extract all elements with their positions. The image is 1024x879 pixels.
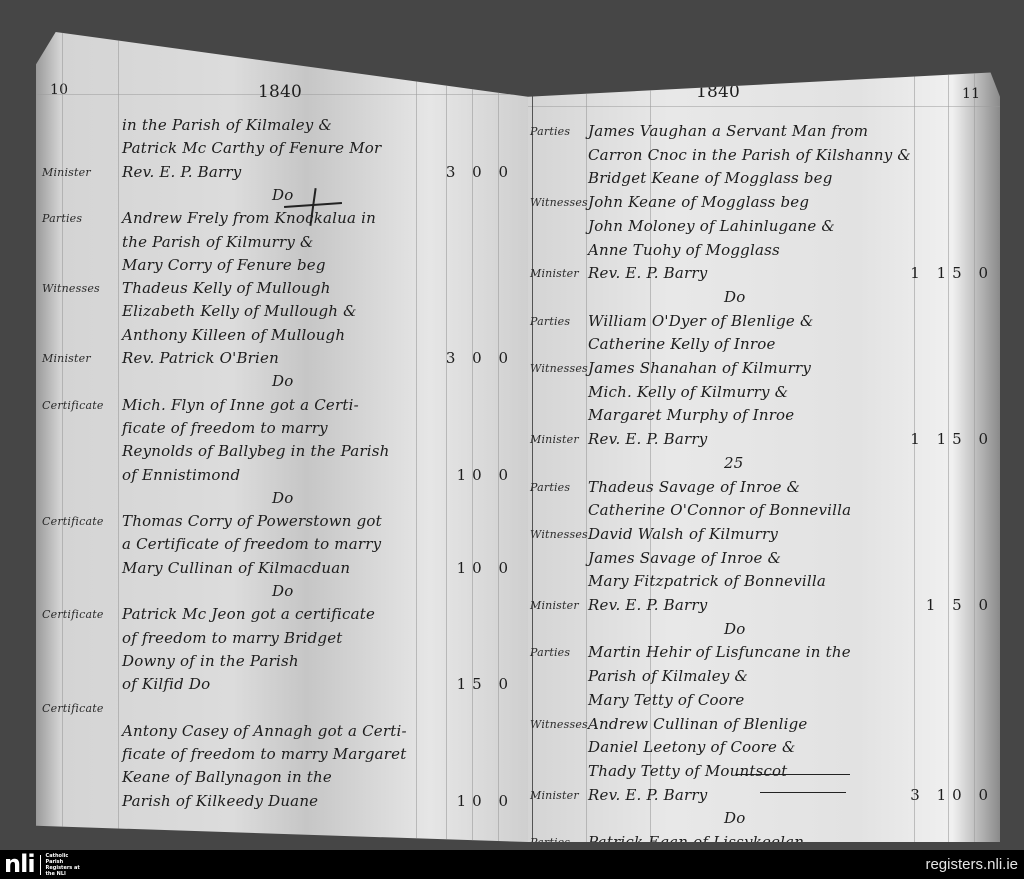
entry-text: Rev. Patrick O'Brien [122, 349, 279, 367]
page-year: 1840 [258, 82, 302, 102]
entry-label: Certificate [42, 608, 104, 621]
entry-label: Parties [530, 836, 570, 842]
date-ditto: Do [272, 372, 293, 390]
fee-amount: 15 0 [457, 675, 514, 693]
fee-amount: 10 0 [457, 559, 514, 577]
entry-text: Anne Tuohy of Mogglass [588, 241, 780, 259]
page-year: 1840 [696, 82, 740, 102]
fee-amount: 1 15 0 [910, 430, 994, 448]
entry-text: ficate of freedom to marry Margaret [122, 745, 407, 763]
entry-text: Rev. E. P. Barry [588, 264, 707, 282]
nli-logo[interactable]: nli Catholic Parish Registers at the NLI [4, 853, 86, 876]
entry-label: Certificate [42, 515, 104, 528]
entry-text: of Ennistimond [122, 466, 240, 484]
entry-text: William O'Dyer of Blenlige & [588, 312, 814, 330]
entry-text: Rev. E. P. Barry [588, 786, 707, 804]
entry-label: Witnesses [530, 362, 588, 375]
entry-label: Certificate [42, 399, 104, 412]
entry-label: Minister [42, 352, 91, 365]
entry-text: Antony Casey of Annagh got a Certi- [122, 722, 407, 740]
folio-number: 11 [962, 86, 980, 102]
entry-text: Mary Tetty of Coore [588, 691, 744, 709]
entry-text: Elizabeth Kelly of Mullough & [122, 302, 357, 320]
entry-text: Daniel Leetony of Coore & [588, 738, 796, 756]
entry-label: Witnesses [530, 528, 588, 541]
entry-text: in the Parish of Kilmaley & [122, 116, 332, 134]
entry-text: Rev. E. P. Barry [588, 596, 707, 614]
footer-bar: nli Catholic Parish Registers at the NLI… [0, 850, 1024, 879]
entry-text: a Certificate of freedom to marry [122, 535, 381, 553]
folio-number: 10 [50, 82, 68, 98]
fee-amount: 10 0 [457, 466, 514, 484]
entry-text: Rev. E. P. Barry [122, 163, 241, 181]
entry-label: Certificate [42, 702, 104, 715]
entry-label: Witnesses [530, 718, 588, 731]
entry-text: John Moloney of Lahinlugane & [588, 217, 835, 235]
entry-text: John Keane of Mogglass beg [588, 193, 809, 211]
site-link[interactable]: registers.nli.ie [925, 856, 1018, 873]
fee-amount: 1 5 0 [926, 596, 994, 614]
entry-text: Rev. E. P. Barry [588, 430, 707, 448]
entry-text: Anthony Killeen of Mullough [122, 326, 345, 344]
date-ditto: Do [272, 582, 293, 600]
entry-text: ficate of freedom to marry [122, 419, 328, 437]
right-page: 1840 11 PartiesJames Vaughan a Servant M… [528, 32, 1000, 842]
fee-amount: 10 0 [457, 792, 514, 810]
entry-text: Patrick Mc Carthy of Fenure Mor [122, 139, 381, 157]
entry-label: Minister [530, 433, 579, 446]
register-book: 10 1840 in the Parish of Kilmaley &Patri… [36, 32, 1000, 842]
entry-text: James Savage of Inroe & [588, 549, 781, 567]
entry-label: Parties [530, 315, 570, 328]
entry-label: Parties [530, 125, 570, 138]
fee-amount: 3 0 0 [446, 349, 514, 367]
fee-amount: 1 15 0 [910, 264, 994, 282]
entry-text: Downy of in the Parish [122, 652, 299, 670]
entry-label: Minister [530, 267, 579, 280]
entry-text: Mich. Flyn of Inne got a Certi- [122, 396, 359, 414]
entry-text: James Shanahan of Kilmurry [588, 359, 811, 377]
entry-label: Parties [530, 481, 570, 494]
entry-text: Andrew Cullinan of Blenlige [588, 715, 808, 733]
date-ditto: 25 [724, 454, 744, 472]
fee-amount: 3 0 0 [446, 163, 514, 181]
entry-label: Witnesses [42, 282, 100, 295]
logo-divider [40, 855, 41, 875]
date-ditto: Do [272, 186, 293, 204]
entry-text: Reynolds of Ballybeg in the Parish [122, 442, 389, 460]
entry-text: Parish of Kilkeedy Duane [122, 792, 318, 810]
entry-text: Mary Cullinan of Kilmacduan [122, 559, 350, 577]
entry-text: Mich. Kelly of Kilmurry & [588, 383, 788, 401]
entry-text: James Vaughan a Servant Man from [588, 122, 868, 140]
entry-text: Thomas Corry of Powerstown got [122, 512, 382, 530]
register-image-viewer[interactable]: 10 1840 in the Parish of Kilmaley &Patri… [0, 0, 1024, 850]
entry-text: Patrick Egan of Lissykeelan [588, 833, 804, 842]
logo-caption: Catholic Parish Registers at the NLI [46, 853, 86, 877]
entry-label: Witnesses [530, 196, 588, 209]
fee-amount: 3 10 0 [910, 786, 994, 804]
entry-label: Minister [530, 789, 579, 802]
entry-label: Minister [42, 166, 91, 179]
entry-text: of freedom to marry Bridget [122, 629, 343, 647]
entry-text: Bridget Keane of Mogglass beg [588, 169, 833, 187]
date-ditto: Do [272, 489, 293, 507]
entry-text: Keane of Ballynagon in the [122, 768, 332, 786]
date-ditto: Do [724, 809, 745, 827]
entry-label: Parties [530, 646, 570, 659]
entry-text: Catherine O'Connor of Bonnevilla [588, 501, 851, 519]
entry-text: Mary Fitzpatrick of Bonnevilla [588, 572, 826, 590]
entry-text: Patrick Mc Jeon got a certificate [122, 605, 375, 623]
entry-text: Catherine Kelly of Inroe [588, 335, 776, 353]
entry-text: of Kilfid Do [122, 675, 210, 693]
date-ditto: Do [724, 620, 745, 638]
entry-text: Martin Hehir of Lisfuncane in the [588, 643, 851, 661]
entry-text: Andrew Frely from Knockalua in [122, 209, 376, 227]
entry-text: Carron Cnoc in the Parish of Kilshanny & [588, 146, 911, 164]
entry-label: Parties [42, 212, 82, 225]
entry-label: Minister [530, 599, 579, 612]
entry-text: Thadeus Kelly of Mullough [122, 279, 331, 297]
entry-text: the Parish of Kilmurry & [122, 233, 314, 251]
entry-text: Parish of Kilmaley & [588, 667, 748, 685]
entry-text: Thadeus Savage of Inroe & [588, 478, 800, 496]
entry-text: Mary Corry of Fenure beg [122, 256, 326, 274]
left-page: 10 1840 in the Parish of Kilmaley &Patri… [36, 32, 528, 842]
date-ditto: Do [724, 288, 745, 306]
entry-text: Thady Tetty of Mountscot [588, 762, 788, 780]
nli-logo-mark: nli [4, 853, 35, 876]
entry-text: David Walsh of Kilmurry [588, 525, 778, 543]
entry-text: Margaret Murphy of Inroe [588, 406, 794, 424]
